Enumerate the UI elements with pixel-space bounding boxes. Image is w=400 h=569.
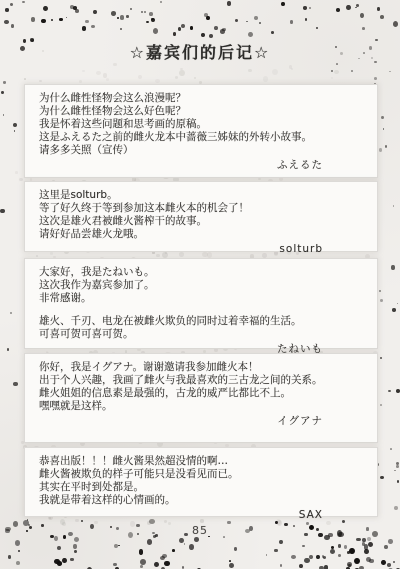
comment-block: 为什么雌性怪物会这么浪漫呢？为什么雌性怪物会这么好色呢？我是怀着这些问题和思考画… — [24, 84, 378, 178]
comment-line: 雌火酱被欺负的样子可能只是没看见而已。 — [39, 468, 357, 481]
scan-page: ☆嘉宾们的后记☆ 为什么雌性怪物会这么浪漫呢？为什么雌性怪物会这么好色呢？我是怀… — [0, 0, 400, 569]
comment-line: 雌火姐姐的信息素是最强的，古龙的威严比都比不上。 — [39, 387, 357, 400]
comment-block: 大家好，我是たねいも。这次我作为嘉宾参加了。非常感谢。雄火、千刃、电龙在被雌火欺… — [24, 258, 378, 349]
comment-line: 恭喜出版！！！雌火酱果然超没情的啊… — [39, 455, 357, 468]
comment-line: 这次是雄火君被雌火酱榨干的故事。 — [39, 215, 357, 228]
comment-line: 这是ふえるた之前的雌火龙本中蔷薇三姊妹的外转小故事。 — [39, 131, 357, 144]
comment-line: 出于个人兴趣，我画了雌火与我最喜欢的三古龙之间的关系。 — [39, 374, 357, 387]
comment-author: solturb — [39, 242, 323, 256]
comment-block: 你好，我是イグアナ。谢谢邀请我参加雌火本！出于个人兴趣，我画了雌火与我最喜欢的三… — [24, 353, 378, 443]
comment-line: 我就是带着这样的心情画的。 — [39, 494, 357, 507]
comment-line: 你好，我是イグアナ。谢谢邀请我参加雌火本！ — [39, 361, 357, 374]
comment-line: 这里是solturb。 — [39, 189, 357, 202]
comment-line — [39, 305, 357, 315]
comment-line: 等了好久终于等到参加这本雌火本的机会了！ — [39, 202, 357, 215]
comment-line: 我是怀着这些问题和思考画的原稿。 — [39, 118, 357, 131]
comment-author: SAX — [39, 508, 323, 522]
comment-line: 请好好品尝雄火龙哦。 — [39, 228, 357, 241]
comment-line: 嘿嘿就是这样。 — [39, 400, 357, 413]
comment-line: 为什么雌性怪物会这么好色呢？ — [39, 105, 357, 118]
comment-author: ふえるた — [39, 158, 323, 172]
comment-line: 雄火、千刃、电龙在被雌火欺负的同时过着幸福的生活。 — [39, 315, 357, 328]
comment-line: 可喜可贺可喜可贺。 — [39, 328, 357, 341]
comment-line: 非常感谢。 — [39, 292, 357, 305]
comment-block: 恭喜出版！！！雌火酱果然超没情的啊…雌火酱被欺负的样子可能只是没看见而已。其实在… — [24, 447, 378, 517]
comment-line: 请多多关照（宣传） — [39, 144, 357, 157]
comment-author: イグアナ — [39, 414, 323, 428]
comment-line: 这次我作为嘉宾参加了。 — [39, 279, 357, 292]
page-number: 85 — [0, 524, 400, 537]
comment-line: 大家好，我是たねいも。 — [39, 266, 357, 279]
page-title: ☆嘉宾们的后记☆ — [0, 40, 400, 63]
comment-block: 这里是solturb。等了好久终于等到参加这本雌火本的机会了！这次是雄火君被雌火… — [24, 181, 378, 252]
comment-line: 其实在平时到处都是。 — [39, 481, 357, 494]
comment-line: 为什么雌性怪物会这么浪漫呢？ — [39, 92, 357, 105]
